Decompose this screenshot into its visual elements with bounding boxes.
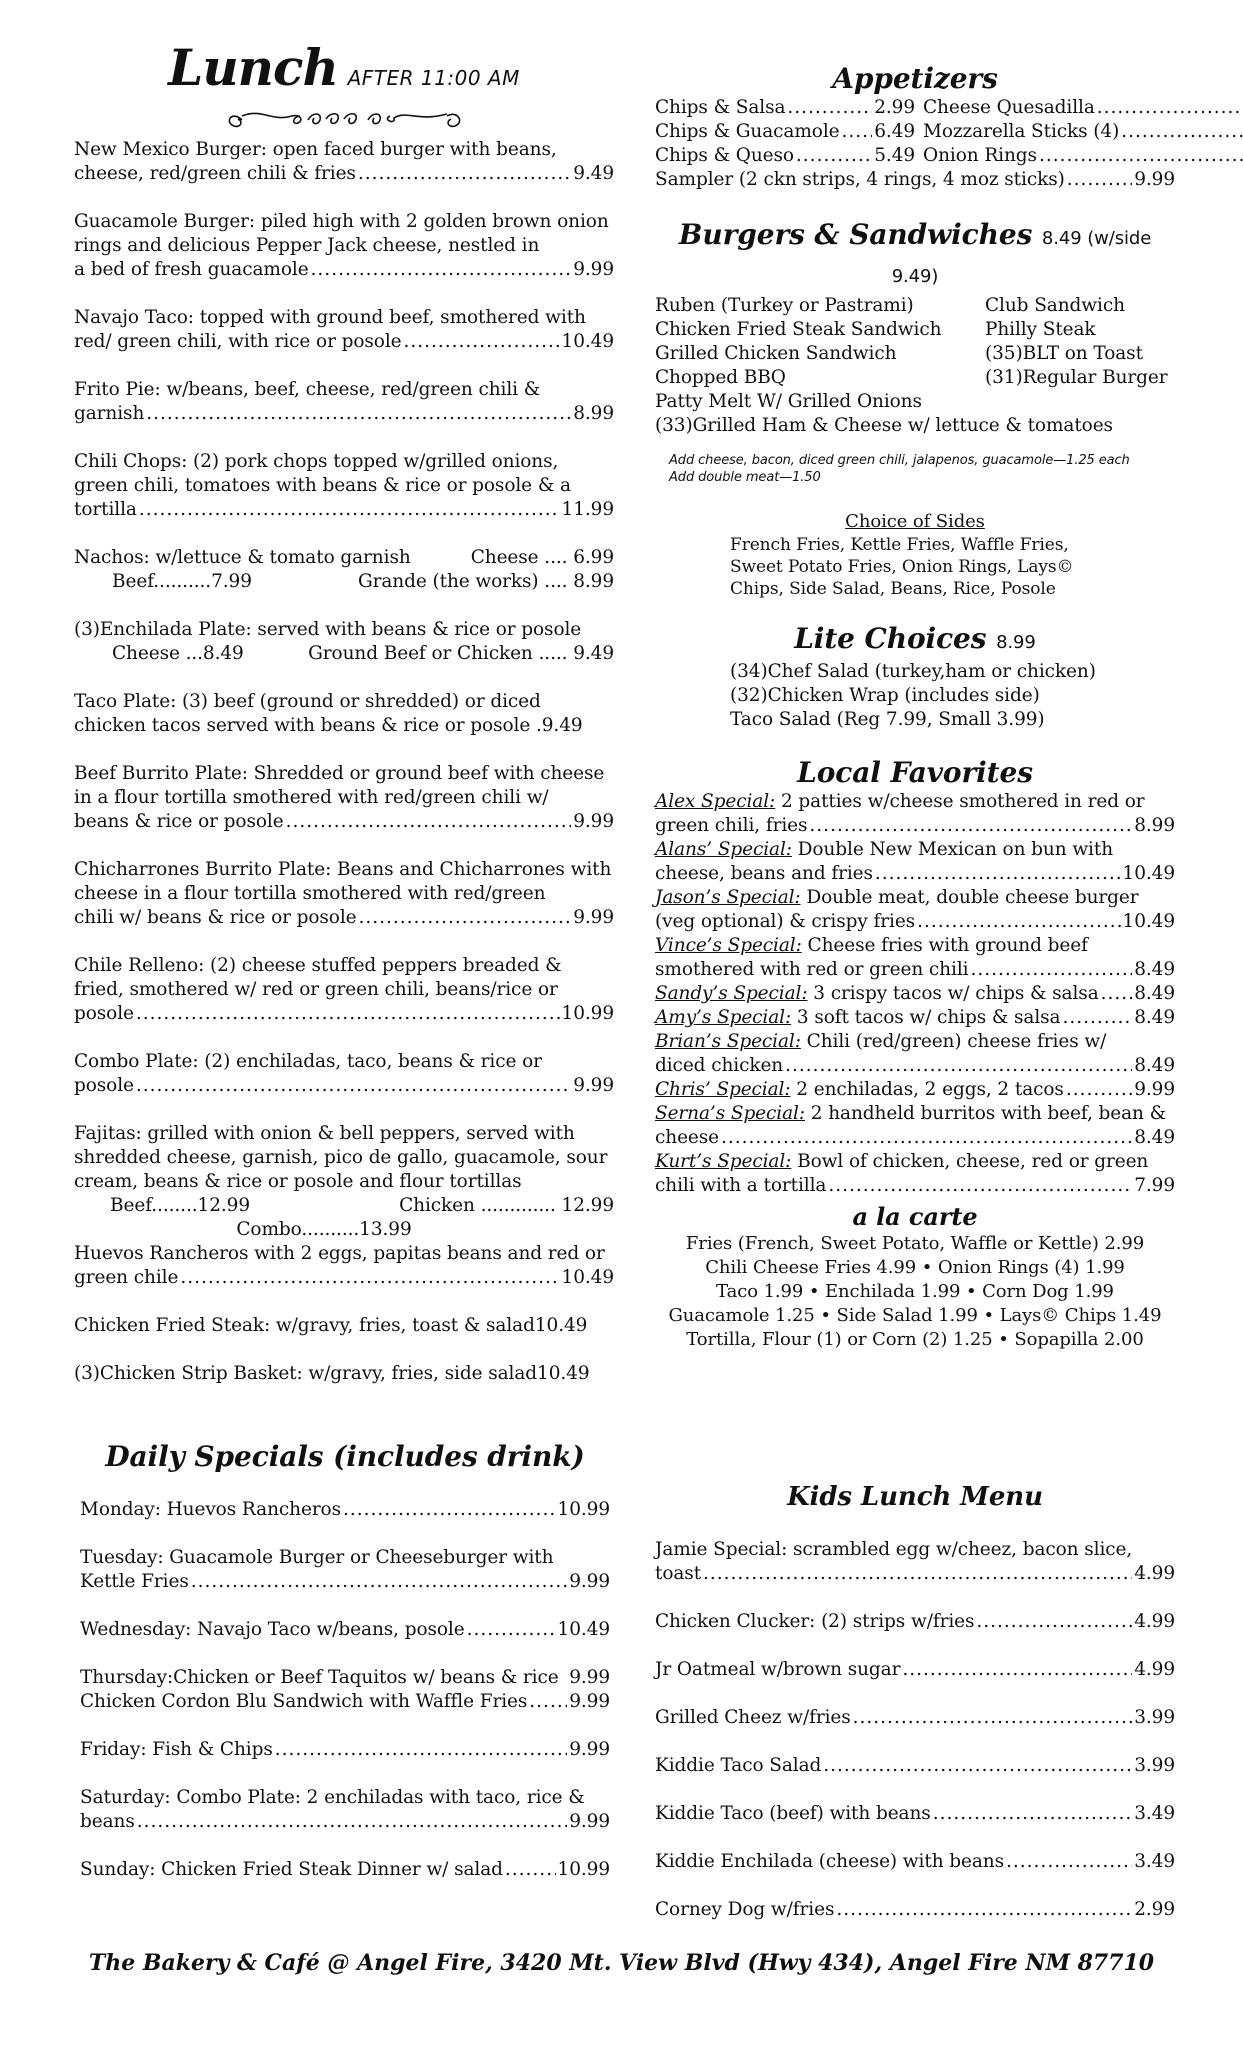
item-price: 9.49 <box>542 714 583 738</box>
lite-section: Lite Choices 8.99 (34)Chef Salad (turkey… <box>655 622 1175 732</box>
lunch-item-nachos: Nachos: w/lettuce & tomato garnish Chees… <box>74 546 614 594</box>
item-price: 9.49 <box>573 162 614 186</box>
lite-title: Lite Choices 8.99 <box>655 622 1175 660</box>
lunch-item-chicken-fried-steak: Chicken Fried Steak: w/gravy, fries, toa… <box>74 1314 614 1338</box>
footer-address: The Bakery & Café @ Angel Fire, 3420 Mt.… <box>0 1950 1243 1976</box>
alacarte-line: Tortilla, Flour (1) or Corn (2) 1.25 • S… <box>655 1328 1175 1352</box>
local-item: Alex Special: 2 patties w/cheese smother… <box>655 790 1175 838</box>
local-favorites-section: Local Favorites Alex Special: 2 patties … <box>655 756 1175 1198</box>
burgers-title: Burgers & Sandwiches 8.49 (w/side 9.49) <box>655 218 1175 294</box>
local-item: Alans’ Special: Double New Mexican on bu… <box>655 838 1175 886</box>
alacarte-line: Guacamole 1.25 • Side Salad 1.99 • Lays©… <box>655 1304 1175 1328</box>
lunch-item-chicken-strip-basket: (3)Chicken Strip Basket: w/gravy, fries,… <box>74 1362 614 1386</box>
lite-price: 8.99 <box>996 632 1036 653</box>
menu-item: Taco Salad (Reg 7.99, Small 3.99) <box>730 708 1175 732</box>
daily-specials-title: Daily Specials (includes drink) <box>80 1440 610 1474</box>
local-item: Jason’s Special: Double meat, double che… <box>655 886 1175 934</box>
burgers-section: Burgers & Sandwiches 8.49 (w/side 9.49) … <box>655 218 1175 486</box>
local-item: Amy’s Special: 3 soft tacos w/ chips & s… <box>655 1006 1175 1030</box>
daily-item: Chicken Cordon Blu Sandwich with Waffle … <box>80 1690 610 1714</box>
kids-item: Kiddie Enchilada (cheese) with beans3.49 <box>655 1850 1175 1874</box>
local-item: Vince’s Special: Cheese fries with groun… <box>655 934 1175 982</box>
menu-item: Chips & Salsa2.99 <box>655 96 915 120</box>
addons-note: Add cheese, bacon, diced green chili, ja… <box>669 452 1175 486</box>
lunch-hours: AFTER 11:00 AM <box>348 66 520 90</box>
daily-item: Thursday:Chicken or Beef Taquitos w/ bea… <box>80 1666 610 1690</box>
appetizers-title: Appetizers <box>655 62 1175 96</box>
lunch-section: Lunch AFTER 11:00 AM New Mexico Burger: … <box>74 40 614 1410</box>
alacarte-line: Fries (French, Sweet Potato, Waffle or K… <box>655 1232 1175 1256</box>
lunch-item: Frito Pie: w/beans, beef, cheese, red/gr… <box>74 378 614 426</box>
item-price: 9.99 <box>573 258 614 282</box>
lunch-item: Taco Plate: (3) beef (ground or shredded… <box>74 690 614 738</box>
lunch-item: Combo Plate: (2) enchiladas, taco, beans… <box>74 1050 614 1098</box>
lunch-item: Chili Chops: (2) pork chops topped w/gri… <box>74 450 614 522</box>
daily-item: Sunday: Chicken Fried Steak Dinner w/ sa… <box>80 1858 610 1882</box>
lunch-title: Lunch <box>168 38 338 97</box>
item-price: 10.49 <box>535 1315 587 1336</box>
sides-title: Choice of Sides <box>655 510 1175 534</box>
item-price: 9.99 <box>573 906 614 930</box>
alacarte-line: Taco 1.99 • Enchilada 1.99 • Corn Dog 1.… <box>655 1280 1175 1304</box>
alacarte-line: Chili Cheese Fries 4.99 • Onion Rings (4… <box>655 1256 1175 1280</box>
kids-item: Corney Dog w/fries2.99 <box>655 1898 1175 1922</box>
alacarte-title: a la carte <box>655 1202 1175 1232</box>
item-price: 10.49 <box>537 1363 589 1384</box>
item-price: 10.99 <box>562 1002 614 1026</box>
menu-item: Chicken Fried Steak Sandwich <box>655 318 985 342</box>
alacarte-section: a la carte Fries (French, Sweet Potato, … <box>655 1202 1175 1352</box>
daily-item: Monday: Huevos Rancheros10.99 <box>80 1498 610 1522</box>
menu-item: Cheese Quesadilla4.49 <box>923 96 1243 120</box>
lunch-item-huevos: Huevos Rancheros with 2 eggs, papitas be… <box>74 1242 614 1290</box>
menu-item: (31)Regular Burger <box>985 366 1175 390</box>
kids-item: Kiddie Taco (beef) with beans3.49 <box>655 1802 1175 1826</box>
menu-item: (32)Chicken Wrap (includes side) <box>730 684 1175 708</box>
kids-item: Chicken Clucker: (2) strips w/fries4.99 <box>655 1610 1175 1634</box>
scroll-flourish-icon <box>222 104 467 134</box>
menu-item: (33)Grilled Ham & Cheese w/ lettuce & to… <box>655 414 1175 438</box>
lunch-item: Guacamole Burger: piled high with 2 gold… <box>74 210 614 282</box>
lunch-item-fajitas: Fajitas: grilled with onion & bell peppe… <box>74 1122 614 1242</box>
kids-menu-title: Kids Lunch Menu <box>655 1480 1175 1514</box>
local-item: Chris’ Special: 2 enchiladas, 2 eggs, 2 … <box>655 1078 1175 1102</box>
menu-item: Grilled Chicken Sandwich <box>655 342 985 366</box>
menu-item: Chopped BBQ <box>655 366 985 390</box>
appetizers-section: Appetizers Chips & Salsa2.99 Cheese Ques… <box>655 62 1175 192</box>
local-item: Brian’s Special: Chili (red/green) chees… <box>655 1030 1175 1078</box>
lunch-header: Lunch AFTER 11:00 AM <box>74 40 614 96</box>
daily-specials-section: Daily Specials (includes drink) Monday: … <box>80 1440 610 1906</box>
menu-item: Chips & Guacamole6.49 <box>655 120 915 144</box>
local-item: Serna’s Special: 2 handheld burritos wit… <box>655 1102 1175 1150</box>
right-column: Appetizers Chips & Salsa2.99 Cheese Ques… <box>655 62 1175 1352</box>
item-price: 11.99 <box>562 498 614 522</box>
lunch-item: New Mexico Burger: open faced burger wit… <box>74 138 614 186</box>
daily-item: Friday: Fish & Chips9.99 <box>80 1738 610 1762</box>
lunch-item-enchilada: (3)Enchilada Plate: served with beans & … <box>74 618 614 666</box>
menu-item: Club Sandwich <box>985 294 1175 318</box>
daily-item: Wednesday: Navajo Taco w/beans, posole10… <box>80 1618 610 1642</box>
kids-item: Jr Oatmeal w/brown sugar4.99 <box>655 1658 1175 1682</box>
item-price: 9.99 <box>573 1074 614 1098</box>
kids-item: Grilled Cheez w/fries3.99 <box>655 1706 1175 1730</box>
sides-section: Choice of Sides French Fries, Kettle Fri… <box>655 510 1175 600</box>
menu-item: Philly Steak <box>985 318 1175 342</box>
kids-item: Kiddie Taco Salad3.99 <box>655 1754 1175 1778</box>
local-item: Kurt’s Special: Bowl of chicken, cheese,… <box>655 1150 1175 1198</box>
item-price: 8.99 <box>573 402 614 426</box>
menu-item: Mozzarella Sticks (4)3.99 <box>923 120 1243 144</box>
item-price: 9.99 <box>573 810 614 834</box>
menu-item: (34)Chef Salad (turkey,ham or chicken) <box>730 660 1175 684</box>
item-price: 10.49 <box>562 1266 614 1290</box>
daily-item: Tuesday: Guacamole Burger or Cheeseburge… <box>80 1546 610 1594</box>
menu-item: Chips & Queso5.49 <box>655 144 915 168</box>
menu-item-sampler: Sampler (2 ckn strips, 4 rings, 4 moz st… <box>655 168 1175 192</box>
local-favorites-title: Local Favorites <box>655 756 1175 790</box>
kids-menu-section: Kids Lunch Menu Jamie Special: scrambled… <box>655 1480 1175 1946</box>
menu-item: Patty Melt W/ Grilled Onions <box>655 390 1175 414</box>
lunch-item: Beef Burrito Plate: Shredded or ground b… <box>74 762 614 834</box>
item-price: 10.49 <box>562 330 614 354</box>
menu-item: (35)BLT on Toast <box>985 342 1175 366</box>
menu-item: Ruben (Turkey or Pastrami) <box>655 294 985 318</box>
lunch-item: Chicharrones Burrito Plate: Beans and Ch… <box>74 858 614 930</box>
lunch-item: Navajo Taco: topped with ground beef, sm… <box>74 306 614 354</box>
local-item: Sandy’s Special: 3 crispy tacos w/ chips… <box>655 982 1175 1006</box>
daily-item: Saturday: Combo Plate: 2 enchiladas with… <box>80 1786 610 1834</box>
kids-item: Jamie Special: scrambled egg w/cheez, ba… <box>655 1538 1175 1586</box>
menu-item: Onion Rings3.99 <box>923 144 1243 168</box>
lunch-item: Chile Relleno: (2) cheese stuffed pepper… <box>74 954 614 1026</box>
